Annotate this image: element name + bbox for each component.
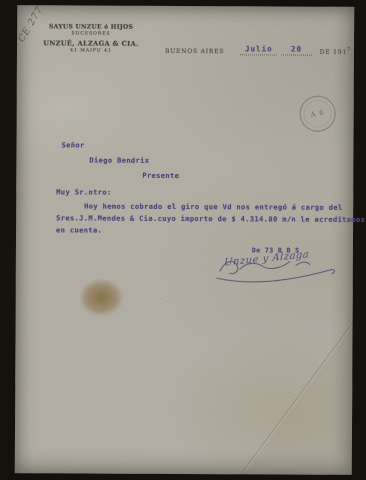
greeting-line: Muy Sr.ntro: <box>56 188 111 196</box>
scanned-letter-photo: CE 277 SAYUS UNZUE é HIJOS SUCESORES UNZ… <box>0 0 366 480</box>
round-ink-stamp: A 6 <box>296 92 339 135</box>
dateline-year-printed: DE 191 <box>320 49 347 56</box>
dateline: BUENOS AIRES Julio 20 DE 1917 <box>165 44 351 56</box>
recipient-name: Diego Bendrix <box>89 157 149 165</box>
letterhead-company: UNZUÉ, ALZAGA & CIA. <box>41 40 141 47</box>
letterhead-successors: SUCESORES <box>41 32 141 37</box>
recipient-salutation: Señor <box>61 141 84 149</box>
letterhead-firm-name: SAYUS UNZUE é HIJOS <box>41 24 141 31</box>
fold-crease <box>15 5 354 475</box>
letterhead: SAYUS UNZUE é HIJOS SUCESORES UNZUÉ, ALZ… <box>41 24 141 54</box>
letter-paper: CE 277 SAYUS UNZUE é HIJOS SUCESORES UNZ… <box>15 5 354 475</box>
dateline-year-digit: 7 <box>347 47 351 53</box>
paper-stain <box>80 275 128 319</box>
recipient-location: Presente <box>142 172 179 180</box>
dateline-month: Julio <box>240 44 277 55</box>
dateline-day: 20 <box>281 45 311 56</box>
body-line-3: en cuenta. <box>56 224 352 238</box>
letterhead-address: 41 MAIPU 41 <box>41 49 141 54</box>
handwritten-signature: Unzue y Alzaga <box>214 249 340 288</box>
stamp-text: A 6 <box>310 108 325 119</box>
letter-body: Hoy hemos cobrado el giro que Vd nos ent… <box>56 200 352 238</box>
dateline-year: DE 1917 <box>320 47 351 56</box>
dateline-city: BUENOS AIRES <box>165 48 224 55</box>
